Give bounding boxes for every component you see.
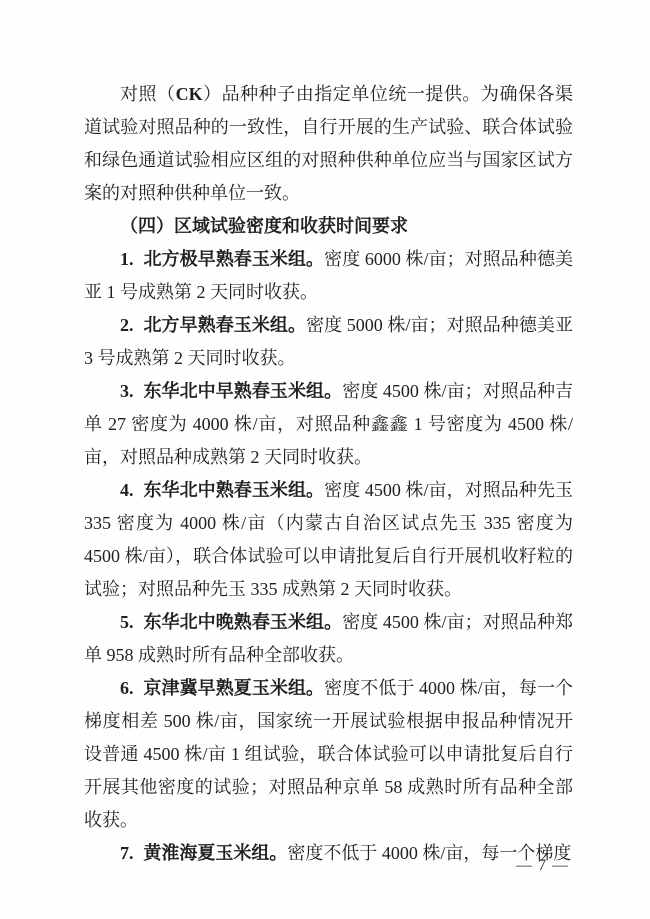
trial-items: 1.北方极早熟春玉米组。密度 6000 株/亩；对照品种德美亚 1 号成熟第 2… bbox=[84, 243, 573, 870]
item-group-name: 北方早熟春玉米组。 bbox=[143, 315, 306, 335]
trial-item: 4.东华北中熟春玉米组。密度 4500 株/亩，对照品种先玉 335 密度为 4… bbox=[84, 474, 573, 606]
document-page: 对照（CK）品种种子由指定单位统一提供。为确保各渠道试验对照品种的一致性，自行开… bbox=[0, 0, 650, 919]
item-number: 1. bbox=[120, 249, 134, 269]
intro-ck-label: CK bbox=[176, 84, 203, 104]
trial-item: 7.黄淮海夏玉米组。密度不低于 4000 株/亩，每一个梯度 bbox=[84, 837, 573, 870]
item-number: 5. bbox=[120, 612, 134, 632]
trial-item: 3.东华北中早熟春玉米组。密度 4500 株/亩；对照品种吉单 27 密度为 4… bbox=[84, 375, 573, 474]
page-number: — 7 — bbox=[516, 856, 586, 876]
trial-item: 5.东华北中晚熟春玉米组。密度 4500 株/亩；对照品种郑单 958 成熟时所… bbox=[84, 606, 573, 672]
item-text: 密度不低于 4000 株/亩，每一个梯度相差 500 株/亩，国家统一开展试验根… bbox=[84, 678, 573, 830]
trial-item: 2.北方早熟春玉米组。密度 5000 株/亩；对照品种德美亚 3 号成熟第 2 … bbox=[84, 309, 573, 375]
item-group-name: 东华北中晚熟春玉米组。 bbox=[143, 612, 342, 632]
text-column: 对照（CK）品种种子由指定单位统一提供。为确保各渠道试验对照品种的一致性，自行开… bbox=[84, 78, 573, 870]
intro-paragraph: 对照（CK）品种种子由指定单位统一提供。为确保各渠道试验对照品种的一致性，自行开… bbox=[84, 78, 573, 210]
section-heading: （四）区域试验密度和收获时间要求 bbox=[84, 210, 573, 243]
item-group-name: 黄淮海夏玉米组。 bbox=[143, 843, 287, 863]
intro-text-before: 对照（ bbox=[120, 84, 176, 104]
item-number: 3. bbox=[120, 381, 134, 401]
item-group-name: 东华北中熟春玉米组。 bbox=[143, 480, 324, 500]
item-group-name: 北方极早熟春玉米组。 bbox=[143, 249, 324, 269]
trial-item: 1.北方极早熟春玉米组。密度 6000 株/亩；对照品种德美亚 1 号成熟第 2… bbox=[84, 243, 573, 309]
item-group-name: 京津冀早熟夏玉米组。 bbox=[143, 678, 324, 698]
item-group-name: 东华北中早熟春玉米组。 bbox=[143, 381, 342, 401]
item-number: 4. bbox=[120, 480, 134, 500]
item-number: 2. bbox=[120, 315, 134, 335]
item-number: 6. bbox=[120, 678, 134, 698]
item-number: 7. bbox=[120, 843, 134, 863]
trial-item: 6.京津冀早熟夏玉米组。密度不低于 4000 株/亩，每一个梯度相差 500 株… bbox=[84, 672, 573, 837]
